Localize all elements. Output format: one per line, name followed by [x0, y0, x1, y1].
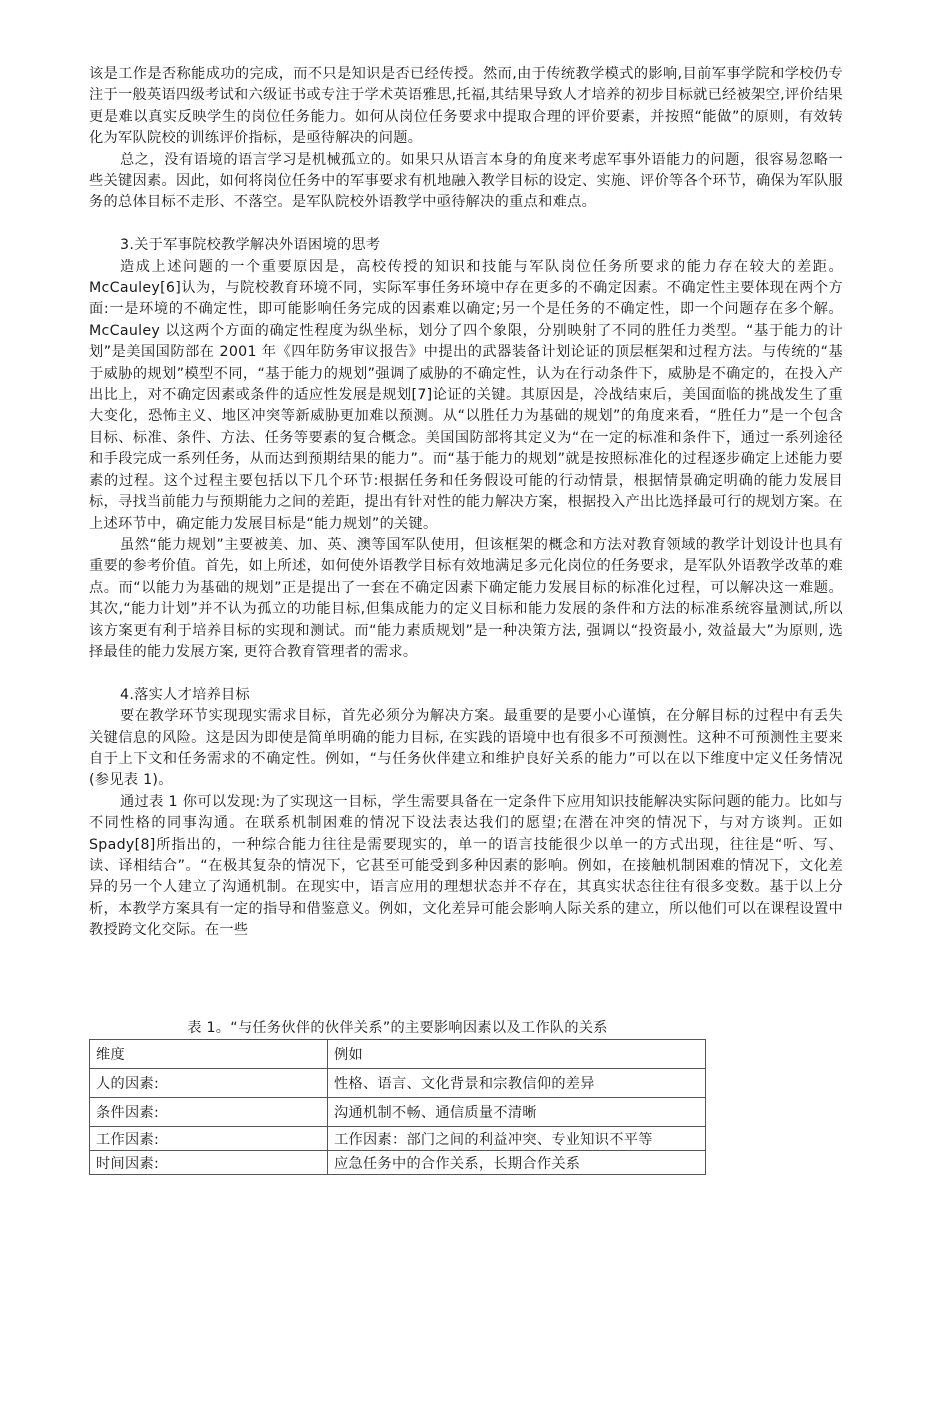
table-cell: 工作因素：部门之间的利益冲突、专业知识不平等: [328, 1127, 706, 1151]
paragraph: 该是工作是否称能成功的完成，而不只是知识是否已经传授。然而,由于传统教学模式的影…: [89, 64, 843, 150]
table-caption: 表 1。“与任务伙伴的伙伴关系”的主要影响因素以及工作队的关系: [89, 1017, 706, 1039]
table-cell: 工作因素:: [90, 1127, 328, 1151]
table-cell: 人的因素:: [90, 1069, 328, 1098]
factors-table: 维度 例如 人的因素: 性格、语言、文化背景和宗教信仰的差异 条件因素: 沟通机…: [89, 1039, 706, 1175]
spacer: [89, 663, 843, 684]
table-row: 工作因素: 工作因素：部门之间的利益冲突、专业知识不平等: [90, 1127, 706, 1151]
table-cell: 性格、语言、文化背景和宗教信仰的差异: [328, 1069, 706, 1098]
table-header-row: 维度 例如: [90, 1040, 706, 1069]
paragraph: 虽然“能力规划”主要被美、加、英、澳等国军队使用，但该框架的概念和方法对教育领域…: [89, 535, 843, 663]
paragraph: 要在教学环节实现现实需求目标，首先必须分为解决方案。最重要的是要小心谨慎，在分解…: [89, 706, 843, 792]
spacer: [89, 214, 843, 235]
table-cell: 应急任务中的合作关系，长期合作关系: [328, 1151, 706, 1175]
table-cell: 沟通机制不畅、通信质量不清晰: [328, 1098, 706, 1127]
table-row: 时间因素: 应急任务中的合作关系，长期合作关系: [90, 1151, 706, 1175]
paragraph: 总之，没有语境的语言学习是机械孤立的。如果只从语言本身的角度来考虑军事外语能力的…: [89, 150, 843, 214]
paragraph: 通过表 1 你可以发现:为了实现这一目标，学生需要具备在一定条件下应用知识技能解…: [89, 792, 843, 942]
header-cell-dimension: 维度: [90, 1040, 328, 1069]
section-heading: 3.关于军事院校教学解决外语困境的思考: [89, 235, 843, 256]
header-cell-example: 例如: [328, 1040, 706, 1069]
section-heading: 4.落实人才培养目标: [89, 685, 843, 706]
table-row: 人的因素: 性格、语言、文化背景和宗教信仰的差异: [90, 1069, 706, 1098]
table-cell: 条件因素:: [90, 1098, 328, 1127]
table-cell: 时间因素:: [90, 1151, 328, 1175]
document-body: 该是工作是否称能成功的完成，而不只是知识是否已经传授。然而,由于传统教学模式的影…: [89, 64, 843, 942]
table-1: 表 1。“与任务伙伴的伙伴关系”的主要影响因素以及工作队的关系 维度 例如 人的…: [89, 1017, 706, 1175]
table-row: 条件因素: 沟通机制不畅、通信质量不清晰: [90, 1098, 706, 1127]
paragraph: 造成上述问题的一个重要原因是，高校传授的知识和技能与军队岗位任务所要求的能力存在…: [89, 257, 843, 535]
